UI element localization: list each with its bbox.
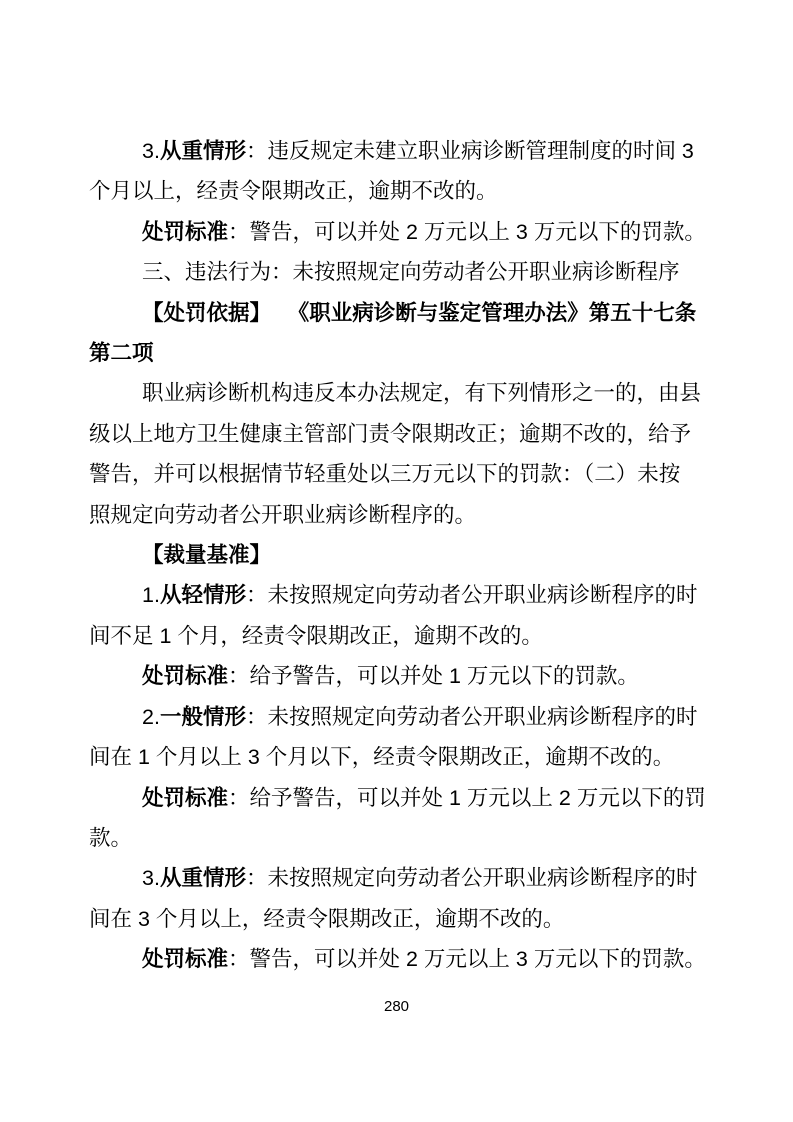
page-number: 280 [0, 997, 793, 1017]
document-body: 3.从重情形：违反规定未建立职业病诊断管理制度的时间 3个月以上，经责令限期改正… [89, 131, 729, 980]
text-line: 3.从重情形：未按照规定向劳动者公开职业病诊断程序的时 [89, 858, 729, 898]
text-run: 处罚标准 [142, 220, 228, 244]
text-line: 3.从重情形：违反规定未建立职业病诊断管理制度的时间 3 [89, 131, 729, 171]
text-line: 【处罚依据】 《职业病诊断与鉴定管理办法》第五十七条 [89, 293, 729, 333]
text-run: 三、违法行为：未按照规定向劳动者公开职业病诊断程序 [142, 260, 680, 284]
text-line: 处罚标准：警告，可以并处 2 万元以上 3 万元以下的罚款。 [89, 212, 729, 252]
text-run: ：未按照规定向劳动者公开职业病诊断程序的时 [246, 583, 698, 607]
text-run: ：给予警告，可以并处 1 万元以下的罚款。 [228, 664, 639, 688]
text-run: 《职业病诊断与鉴定管理办法》第五十七条 [288, 301, 697, 325]
text-run: 间在 3 个月以上，经责令限期改正，逾期不改的。 [89, 907, 564, 931]
text-line: 1.从轻情形：未按照规定向劳动者公开职业病诊断程序的时 [89, 575, 729, 615]
text-run: 照规定向劳动者公开职业病诊断程序的。 [89, 503, 476, 527]
text-run: 级以上地方卫生健康主管部门责令限期改正；逾期不改的，给予 [89, 422, 691, 446]
text-line: 个月以上，经责令限期改正，逾期不改的。 [89, 171, 729, 211]
text-line: 照规定向劳动者公开职业病诊断程序的。 [89, 495, 729, 535]
text-run: 警告，并可以根据情节轻重处以三万元以下的罚款：（二）未按 [89, 462, 680, 486]
text-line: 处罚标准：给予警告，可以并处 1 万元以上 2 万元以下的罚 [89, 778, 729, 818]
paragraph: 1.从轻情形：未按照规定向劳动者公开职业病诊断程序的时间不足 1 个月，经责令限… [89, 575, 729, 656]
paragraph: 处罚标准：警告，可以并处 2 万元以上 3 万元以下的罚款。 [89, 212, 729, 252]
paragraph: 处罚标准：给予警告，可以并处 1 万元以下的罚款。 [89, 656, 729, 696]
text-run: 3. [142, 866, 160, 890]
text-run: ：违反规定未建立职业病诊断管理制度的时间 3 [246, 139, 694, 163]
paragraph: 2.一般情形：未按照规定向劳动者公开职业病诊断程序的时间在 1 个月以上 3 个… [89, 697, 729, 778]
text-run: 2. [142, 705, 160, 729]
text-line: 三、违法行为：未按照规定向劳动者公开职业病诊断程序 [89, 252, 729, 292]
text-line: 第二项 [89, 333, 729, 373]
text-run: 【处罚依据】 [142, 301, 260, 325]
text-line: 【裁量基准】 [89, 535, 729, 575]
text-run: ：未按照规定向劳动者公开职业病诊断程序的时 [246, 705, 698, 729]
paragraph: 【处罚依据】 《职业病诊断与鉴定管理办法》第五十七条第二项 [89, 293, 729, 374]
text-run: 第二项 [89, 341, 154, 365]
text-run: 处罚标准 [142, 947, 228, 971]
paragraph: 处罚标准：警告，可以并处 2 万元以上 3 万元以下的罚款。 [89, 939, 729, 979]
text-line: 级以上地方卫生健康主管部门责令限期改正；逾期不改的，给予 [89, 414, 729, 454]
text-run: 从重情形 [160, 866, 246, 890]
text-run: ：警告，可以并处 2 万元以上 3 万元以下的罚款。 [228, 220, 706, 244]
text-line: 间在 1 个月以上 3 个月以下，经责令限期改正，逾期不改的。 [89, 737, 729, 777]
document-page: 3.从重情形：违反规定未建立职业病诊断管理制度的时间 3个月以上，经责令限期改正… [0, 0, 793, 1122]
text-run: ：警告，可以并处 2 万元以上 3 万元以下的罚款。 [228, 947, 706, 971]
text-line: 间不足 1 个月，经责令限期改正，逾期不改的。 [89, 616, 729, 656]
text-run: 款。 [89, 826, 132, 850]
text-run: 从轻情形 [160, 583, 246, 607]
paragraph: 3.从重情形：未按照规定向劳动者公开职业病诊断程序的时间在 3 个月以上，经责令… [89, 858, 729, 939]
text-run: 个月以上，经责令限期改正，逾期不改的。 [89, 179, 498, 203]
paragraph: 职业病诊断机构违反本办法规定，有下列情形之一的，由县级以上地方卫生健康主管部门责… [89, 373, 729, 535]
text-run: 从重情形 [160, 139, 246, 163]
text-run [260, 301, 287, 325]
text-run: 间不足 1 个月，经责令限期改正，逾期不改的。 [89, 624, 543, 648]
text-line: 处罚标准：给予警告，可以并处 1 万元以下的罚款。 [89, 656, 729, 696]
text-run: ：给予警告，可以并处 1 万元以上 2 万元以下的罚 [228, 786, 706, 810]
text-run: 一般情形 [160, 705, 246, 729]
text-run: 处罚标准 [142, 786, 228, 810]
paragraph: 处罚标准：给予警告，可以并处 1 万元以上 2 万元以下的罚款。 [89, 778, 729, 859]
text-line: 处罚标准：警告，可以并处 2 万元以上 3 万元以下的罚款。 [89, 939, 729, 979]
paragraph: 【裁量基准】 [89, 535, 729, 575]
text-line: 2.一般情形：未按照规定向劳动者公开职业病诊断程序的时 [89, 697, 729, 737]
text-run: 处罚标准 [142, 664, 228, 688]
paragraph: 三、违法行为：未按照规定向劳动者公开职业病诊断程序 [89, 252, 729, 292]
text-run: ：未按照规定向劳动者公开职业病诊断程序的时 [246, 866, 698, 890]
text-line: 职业病诊断机构违反本办法规定，有下列情形之一的，由县 [89, 373, 729, 413]
text-run: 1. [142, 583, 160, 607]
text-line: 款。 [89, 818, 729, 858]
text-run: 3. [142, 139, 160, 163]
text-line: 警告，并可以根据情节轻重处以三万元以下的罚款：（二）未按 [89, 454, 729, 494]
text-run: 【裁量基准】 [142, 543, 271, 567]
text-run: 职业病诊断机构违反本办法规定，有下列情形之一的，由县 [142, 381, 701, 405]
text-line: 间在 3 个月以上，经责令限期改正，逾期不改的。 [89, 899, 729, 939]
text-run: 间在 1 个月以上 3 个月以下，经责令限期改正，逾期不改的。 [89, 745, 674, 769]
paragraph: 3.从重情形：违反规定未建立职业病诊断管理制度的时间 3个月以上，经责令限期改正… [89, 131, 729, 212]
